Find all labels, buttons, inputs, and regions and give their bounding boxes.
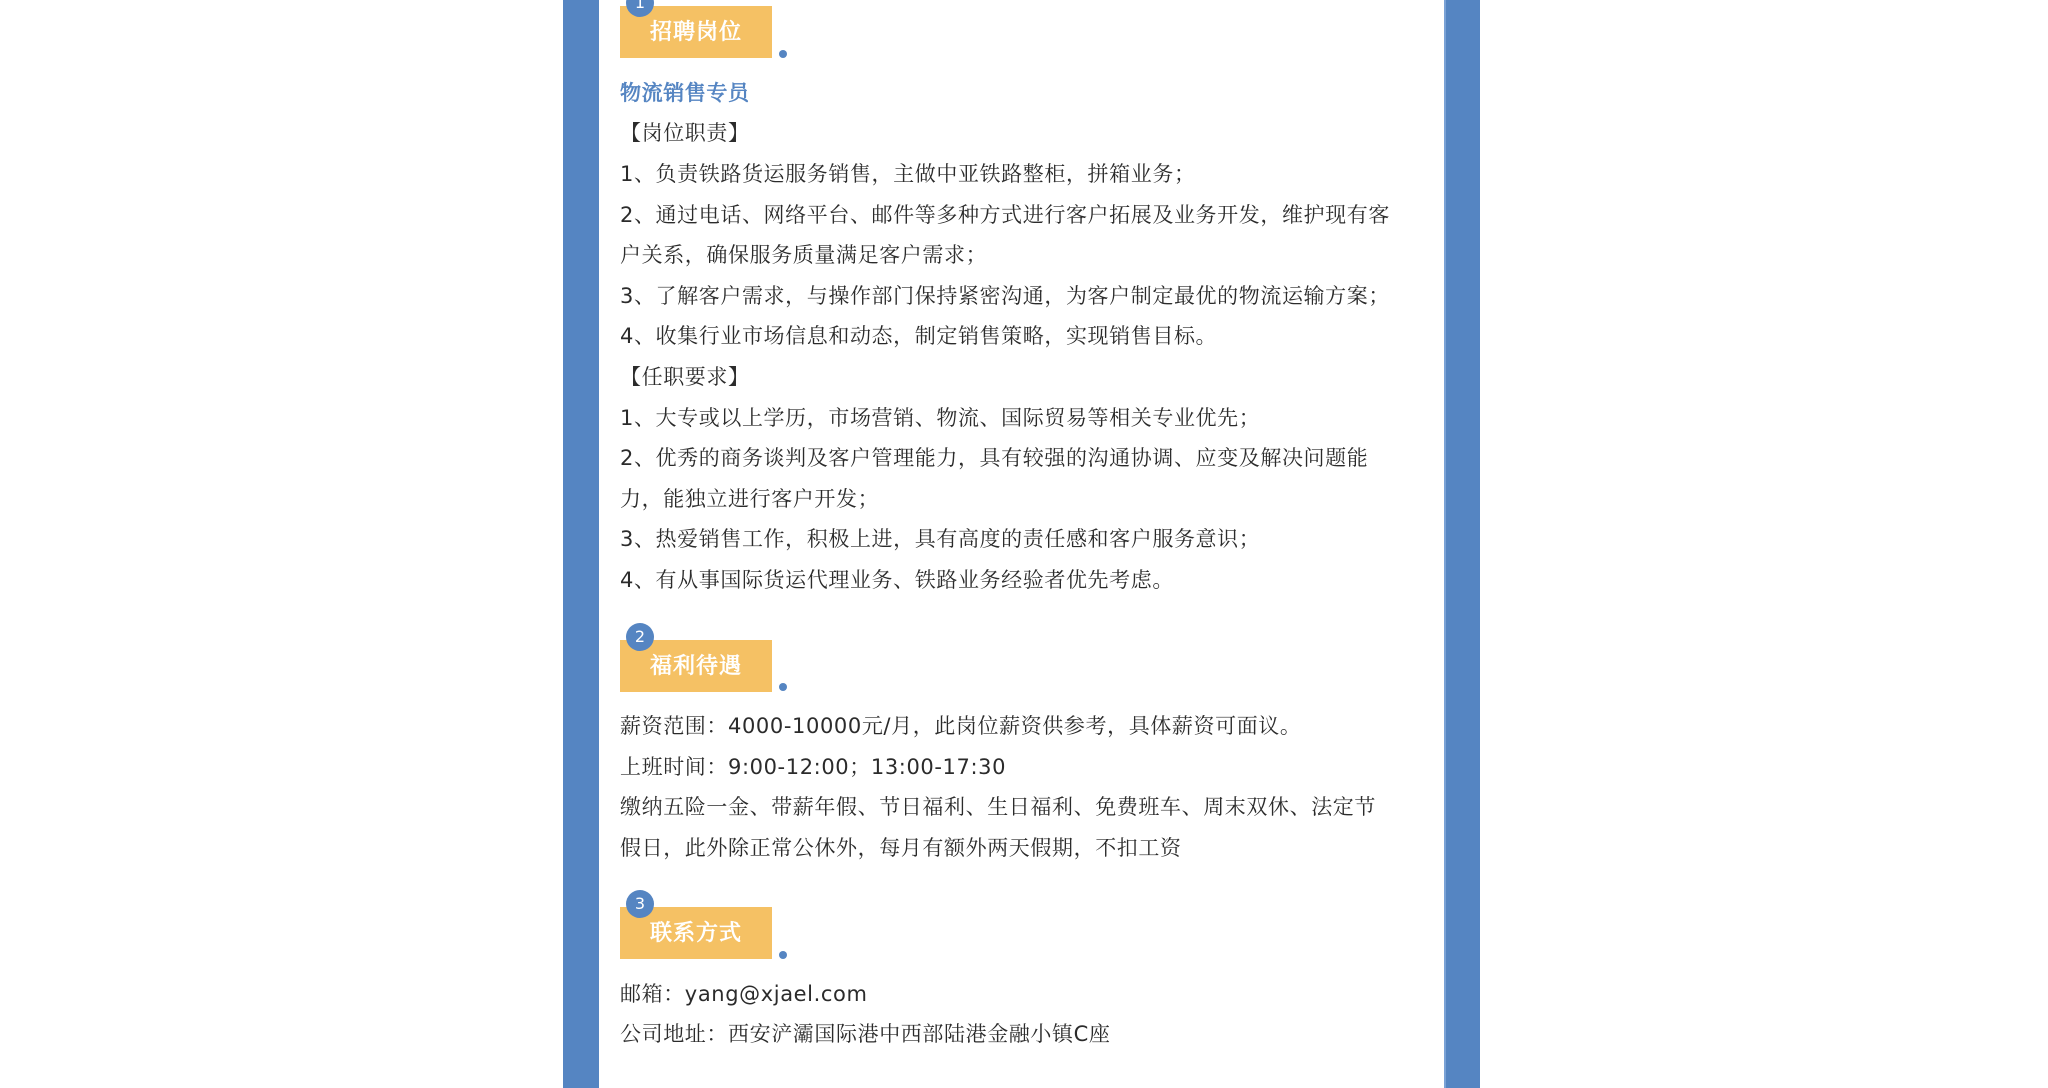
working-hours: 上班时间：9:00-12:00；13:00-17:30 [620,747,1440,787]
requirement-item-cont: 力，能独立进行客户开发； [620,479,1440,519]
contact-email: 邮箱：yang@xjael.com [620,974,1440,1014]
job-title: 物流销售专员 [620,73,1440,113]
section-header-benefits: 2 福利待遇 [620,640,772,692]
dot-icon [779,683,787,691]
duty-item-cont: 户关系，确保服务质量满足客户需求； [620,235,1440,275]
subheading-duties: 【岗位职责】 [620,113,1440,153]
section-title: 福利待遇 [620,640,772,692]
section-title: 招聘岗位 [620,6,772,58]
duty-item: 1、负责铁路货运服务销售，主做中亚铁路整柜，拼箱业务； [620,154,1440,194]
duty-item: 3、了解客户需求，与操作部门保持紧密沟通，为客户制定最优的物流运输方案； [620,276,1440,316]
company-address: 公司地址：西安浐灞国际港中西部陆港金融小镇C座 [620,1014,1440,1054]
salary-range: 薪资范围：4000-10000元/月，此岗位薪资供参考，具体薪资可面议。 [620,706,1440,746]
section-title: 联系方式 [620,907,772,959]
requirement-item: 3、热爱销售工作，积极上进，具有高度的责任感和客户服务意识； [620,519,1440,559]
left-border-bar [563,0,599,1088]
dot-icon [779,951,787,959]
benefits-text-cont: 假日，此外除正常公休外，每月有额外两天假期，不扣工资 [620,828,1440,868]
section-header-recruitment: 1 招聘岗位 [620,6,772,58]
right-border-bar [1444,0,1480,1088]
section-header-contact: 3 联系方式 [620,907,772,959]
dot-icon [779,50,787,58]
subheading-requirements: 【任职要求】 [620,357,1440,397]
duty-item: 4、收集行业市场信息和动态，制定销售策略，实现销售目标。 [620,316,1440,356]
benefits-text: 缴纳五险一金、带薪年假、节日福利、生日福利、免费班车、周末双休、法定节 [620,787,1440,827]
requirement-item: 2、优秀的商务谈判及客户管理能力，具有较强的沟通协调、应变及解决问题能 [620,438,1440,478]
requirement-item: 1、大专或以上学历，市场营销、物流、国际贸易等相关专业优先； [620,398,1440,438]
duty-item: 2、通过电话、网络平台、邮件等多种方式进行客户拓展及业务开发，维护现有客 [620,195,1440,235]
requirement-item: 4、有从事国际货运代理业务、铁路业务经验者优先考虑。 [620,560,1440,600]
